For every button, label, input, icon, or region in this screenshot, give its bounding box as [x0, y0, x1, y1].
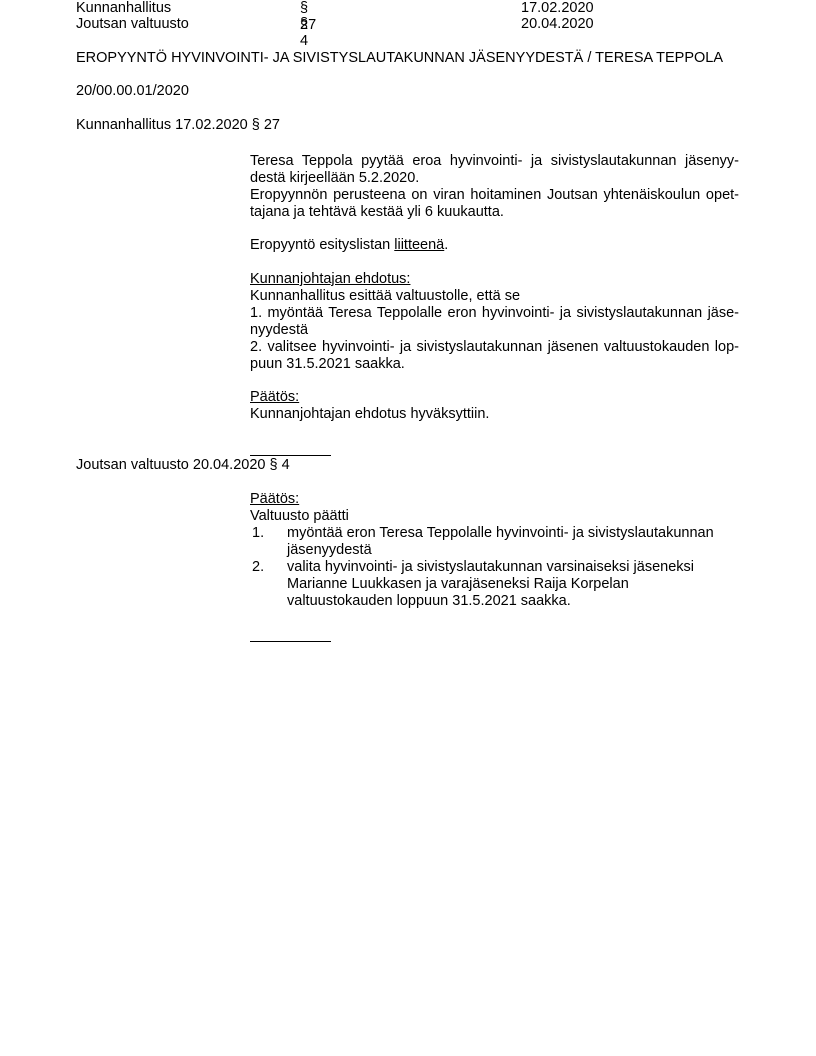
decision-item-line: jäsenyydestä	[287, 542, 739, 559]
attachment-prefix: Eropyyntö esityslistan	[250, 237, 394, 253]
header-row-valtuusto: Joutsan valtuusto § 4 20.04.2020	[76, 16, 189, 33]
decision-item-number: 1.	[252, 525, 264, 542]
proposal-line: Kunnanhallitus esittää valtuustolle, ett…	[250, 288, 739, 305]
attachment-suffix: .	[444, 237, 448, 253]
decision-label: Päätös:	[250, 491, 739, 508]
header-body-name: Kunnanhallitus	[76, 0, 171, 16]
meeting1-intro: Teresa Teppola pyytää eroa hyvinvointi- …	[250, 153, 739, 221]
decision-item: 1. myöntää eron Teresa Teppolalle hyvinv…	[250, 525, 739, 559]
meeting2-decision: Päätös: Valtuusto päätti	[250, 491, 739, 525]
header-date: 20.04.2020	[521, 16, 594, 33]
decision-item: 2. valita hyvinvointi- ja sivistyslautak…	[250, 559, 739, 610]
attachment-line: Eropyyntö esityslistan liitteenä.	[250, 237, 739, 254]
decision-list: 1. myöntää eron Teresa Teppolalle hyvinv…	[250, 525, 739, 610]
header-date: 17.02.2020	[521, 0, 594, 17]
meeting2-heading: Joutsan valtuusto 20.04.2020 § 4	[76, 457, 290, 474]
decision-item-line: valita hyvinvointi- ja sivistyslautakunn…	[287, 559, 739, 576]
attachment-link[interactable]: liitteenä	[394, 237, 444, 253]
decision-item-number: 2.	[252, 559, 264, 576]
proposal-line: puun 31.5.2021 saakka.	[250, 356, 739, 373]
header-body-name: Joutsan valtuusto	[76, 16, 189, 32]
intro-line: tajana ja tehtävä kestää yli 6 kuukautta…	[250, 204, 739, 221]
section-separator	[250, 641, 331, 642]
decision-item-line: myöntää eron Teresa Teppolalle hyvinvoin…	[287, 525, 739, 542]
proposal-line: nyydestä	[250, 322, 739, 339]
decision-label: Päätös:	[250, 389, 739, 406]
proposal-line: 1. myöntää Teresa Teppolalle eron hyvinv…	[250, 305, 739, 322]
section-separator	[250, 455, 331, 456]
meeting1-decision: Päätös: Kunnanjohtajan ehdotus hyväksytt…	[250, 389, 739, 423]
header-row-kunnanhallitus: Kunnanhallitus § 27 17.02.2020	[76, 0, 171, 17]
decision-intro: Valtuusto päätti	[250, 508, 739, 525]
proposal-line: 2. valitsee hyvinvointi- ja sivistyslaut…	[250, 339, 739, 356]
decision-item-line: valtuustokauden loppuun 31.5.2021 saakka…	[287, 593, 739, 610]
intro-line: Eropyynnön perusteena on viran hoitamine…	[250, 187, 739, 204]
intro-line: destä kirjeellään 5.2.2020.	[250, 170, 739, 187]
document-number: 20/00.00.01/2020	[76, 83, 189, 100]
header-section: § 4	[300, 16, 308, 50]
meeting1-heading: Kunnanhallitus 17.02.2020 § 27	[76, 117, 280, 134]
proposal-section: Kunnanjohtajan ehdotus: Kunnanhallitus e…	[250, 271, 739, 373]
proposal-label: Kunnanjohtajan ehdotus:	[250, 271, 739, 288]
decision-item-line: Marianne Luukkasen ja varajäseneksi Raij…	[287, 576, 739, 593]
document-title: EROPYYNTÖ HYVINVOINTI- JA SIVISTYSLAUTAK…	[76, 50, 723, 67]
intro-line: Teresa Teppola pyytää eroa hyvinvointi- …	[250, 153, 739, 170]
decision-text: Kunnanjohtajan ehdotus hyväksyttiin.	[250, 406, 739, 423]
